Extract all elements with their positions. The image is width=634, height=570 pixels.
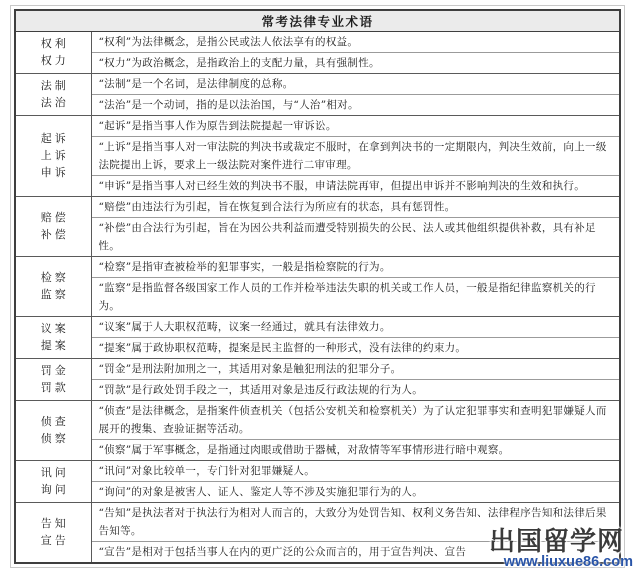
table-title: 常考法律专业术语 <box>15 10 620 32</box>
definition-cell: “询问”的对象是被害人、证人、鉴定人等不涉及实施犯罪行为的人。 <box>91 482 620 503</box>
table-row: “权力”为政治概念，是指政治上的支配力量，具有强制性。 <box>15 53 620 74</box>
table-row: 罚金 罚款 “罚金”是刑法附加刑之一，其适用对象是触犯刑法的犯罪分子。 <box>15 359 620 380</box>
term-label: 提案 <box>16 339 91 353</box>
term-cell: 权利 权力 <box>15 32 91 74</box>
table-header-row: 常考法律专业术语 <box>15 10 620 32</box>
watermark-site-name: 出国留学网 <box>489 528 624 554</box>
term-cell: 罚金 罚款 <box>15 359 91 401</box>
definition-cell: “上诉”是指当事人对一审法院的判决书或裁定不服时，在拿到判决书的一定期限内，判决… <box>91 137 620 176</box>
term-label: 权力 <box>16 54 91 68</box>
table-row: 权利 权力 “权利”为法律概念，是指公民或法人依法享有的权益。 <box>15 32 620 53</box>
table-row: “罚款”是行政处罚手段之一，其适用对象是违反行政法规的行为人。 <box>15 380 620 401</box>
term-cell: 检察 监察 <box>15 257 91 317</box>
term-cell: 议案 提案 <box>15 317 91 359</box>
table-row: “询问”的对象是被害人、证人、鉴定人等不涉及实施犯罪行为的人。 <box>15 482 620 503</box>
term-label: 起诉 <box>16 132 91 146</box>
table-row: 起诉 上诉 申诉 “起诉”是指当事人作为原告到法院提起一审诉讼。 <box>15 116 620 137</box>
term-label: 侦察 <box>16 432 91 446</box>
table-row: 侦查 侦察 “侦查”是法律概念，是指案件侦查机关（包括公安机关和检察机关）为了认… <box>15 401 620 440</box>
term-label: 讯问 <box>16 466 91 480</box>
definition-cell: “提案”属于政协职权范畴，提案是民主监督的一种形式，没有法律的约束力。 <box>91 338 620 359</box>
watermark-site-url: www.liuxue86.com <box>489 555 633 570</box>
table-row: “法治”是一个动词，指的是以法治国，与“人治”相对。 <box>15 95 620 116</box>
term-label: 法制 <box>16 79 91 93</box>
term-cell: 讯问 询问 <box>15 461 91 503</box>
definition-cell: “罚款”是行政处罚手段之一，其适用对象是违反行政法规的行为人。 <box>91 380 620 401</box>
term-label: 监察 <box>16 288 91 302</box>
table-row: “申诉”是指当事人对已经生效的判决书不服，申请法院再审，但提出申诉并不影响判决的… <box>15 176 620 197</box>
definition-cell: “赔偿”由违法行为引起，旨在恢复到合法行为所应有的状态，具有惩罚性。 <box>91 197 620 218</box>
term-label: 罚款 <box>16 381 91 395</box>
watermark: 出国留学网 www.liuxue86.com <box>489 528 634 570</box>
definition-cell: “补偿”由合法行为引起，旨在为因公共利益而遭受特别损失的公民、法人或其他组织提供… <box>91 218 620 257</box>
term-label: 议案 <box>16 322 91 336</box>
table-row: 赔偿 补偿 “赔偿”由违法行为引起，旨在恢复到合法行为所应有的状态，具有惩罚性。 <box>15 197 620 218</box>
table-row: 议案 提案 “议案”属于人大职权范畴，议案一经通过，就具有法律效力。 <box>15 317 620 338</box>
table-row: “上诉”是指当事人对一审法院的判决书或裁定不服时，在拿到判决书的一定期限内，判决… <box>15 137 620 176</box>
term-label: 罚金 <box>16 364 91 378</box>
definition-cell: “权利”为法律概念，是指公民或法人依法享有的权益。 <box>91 32 620 53</box>
definition-cell: “法治”是一个动词，指的是以法治国，与“人治”相对。 <box>91 95 620 116</box>
term-label: 侦查 <box>16 415 91 429</box>
term-label: 告知 <box>16 517 91 531</box>
term-cell: 侦查 侦察 <box>15 401 91 461</box>
definition-cell: “检察”是指审查被检举的犯罪事实，一般是指检察院的行为。 <box>91 257 620 278</box>
table-row: “侦察”属于军事概念，是指通过肉眼或借助于器械，对敌情等军事情形进行暗中观察。 <box>15 440 620 461</box>
term-label: 权利 <box>16 37 91 51</box>
definition-cell: “监察”是指监督各级国家工作人员的工作并检举违法失职的机关或工作人员，一般是指纪… <box>91 278 620 317</box>
table-row: “补偿”由合法行为引起，旨在为因公共利益而遭受特别损失的公民、法人或其他组织提供… <box>15 218 620 257</box>
table-row: “提案”属于政协职权范畴，提案是民主监督的一种形式，没有法律的约束力。 <box>15 338 620 359</box>
term-label: 宣告 <box>16 534 91 548</box>
definition-cell: “法制”是一个名词，是法律制度的总称。 <box>91 74 620 95</box>
table-row: 检察 监察 “检察”是指审查被检举的犯罪事实，一般是指检察院的行为。 <box>15 257 620 278</box>
term-cell: 起诉 上诉 申诉 <box>15 116 91 197</box>
definition-cell: “议案”属于人大职权范畴，议案一经通过，就具有法律效力。 <box>91 317 620 338</box>
term-label: 检察 <box>16 271 91 285</box>
term-label: 申诉 <box>16 166 91 180</box>
definition-cell: “权力”为政治概念，是指政治上的支配力量，具有强制性。 <box>91 53 620 74</box>
term-cell: 法制 法治 <box>15 74 91 116</box>
scanned-table-page: 常考法律专业术语 权利 权力 “权利”为法律概念，是指公民或法人依法享有的权益。… <box>14 9 621 564</box>
table-row: “监察”是指监督各级国家工作人员的工作并检举违法失职的机关或工作人员，一般是指纪… <box>15 278 620 317</box>
definition-cell: “申诉”是指当事人对已经生效的判决书不服，申请法院再审，但提出申诉并不影响判决的… <box>91 176 620 197</box>
legal-terms-table: 常考法律专业术语 权利 权力 “权利”为法律概念，是指公民或法人依法享有的权益。… <box>14 9 621 564</box>
definition-cell: “侦察”属于军事概念，是指通过肉眼或借助于器械，对敌情等军事情形进行暗中观察。 <box>91 440 620 461</box>
term-cell: 告知 宣告 <box>15 503 91 564</box>
term-label: 法治 <box>16 96 91 110</box>
term-cell: 赔偿 补偿 <box>15 197 91 257</box>
term-label: 赔偿 <box>16 211 91 225</box>
definition-cell: “讯问”对象比较单一，专门针对犯罪嫌疑人。 <box>91 461 620 482</box>
definition-cell: “侦查”是法律概念，是指案件侦查机关（包括公安机关和检察机关）为了认定犯罪事实和… <box>91 401 620 440</box>
definition-cell: “起诉”是指当事人作为原告到法院提起一审诉讼。 <box>91 116 620 137</box>
table-row: 法制 法治 “法制”是一个名词，是法律制度的总称。 <box>15 74 620 95</box>
term-label: 上诉 <box>16 149 91 163</box>
term-label: 补偿 <box>16 228 91 242</box>
definition-cell: “罚金”是刑法附加刑之一，其适用对象是触犯刑法的犯罪分子。 <box>91 359 620 380</box>
table-row: 讯问 询问 “讯问”对象比较单一，专门针对犯罪嫌疑人。 <box>15 461 620 482</box>
term-label: 询问 <box>16 483 91 497</box>
